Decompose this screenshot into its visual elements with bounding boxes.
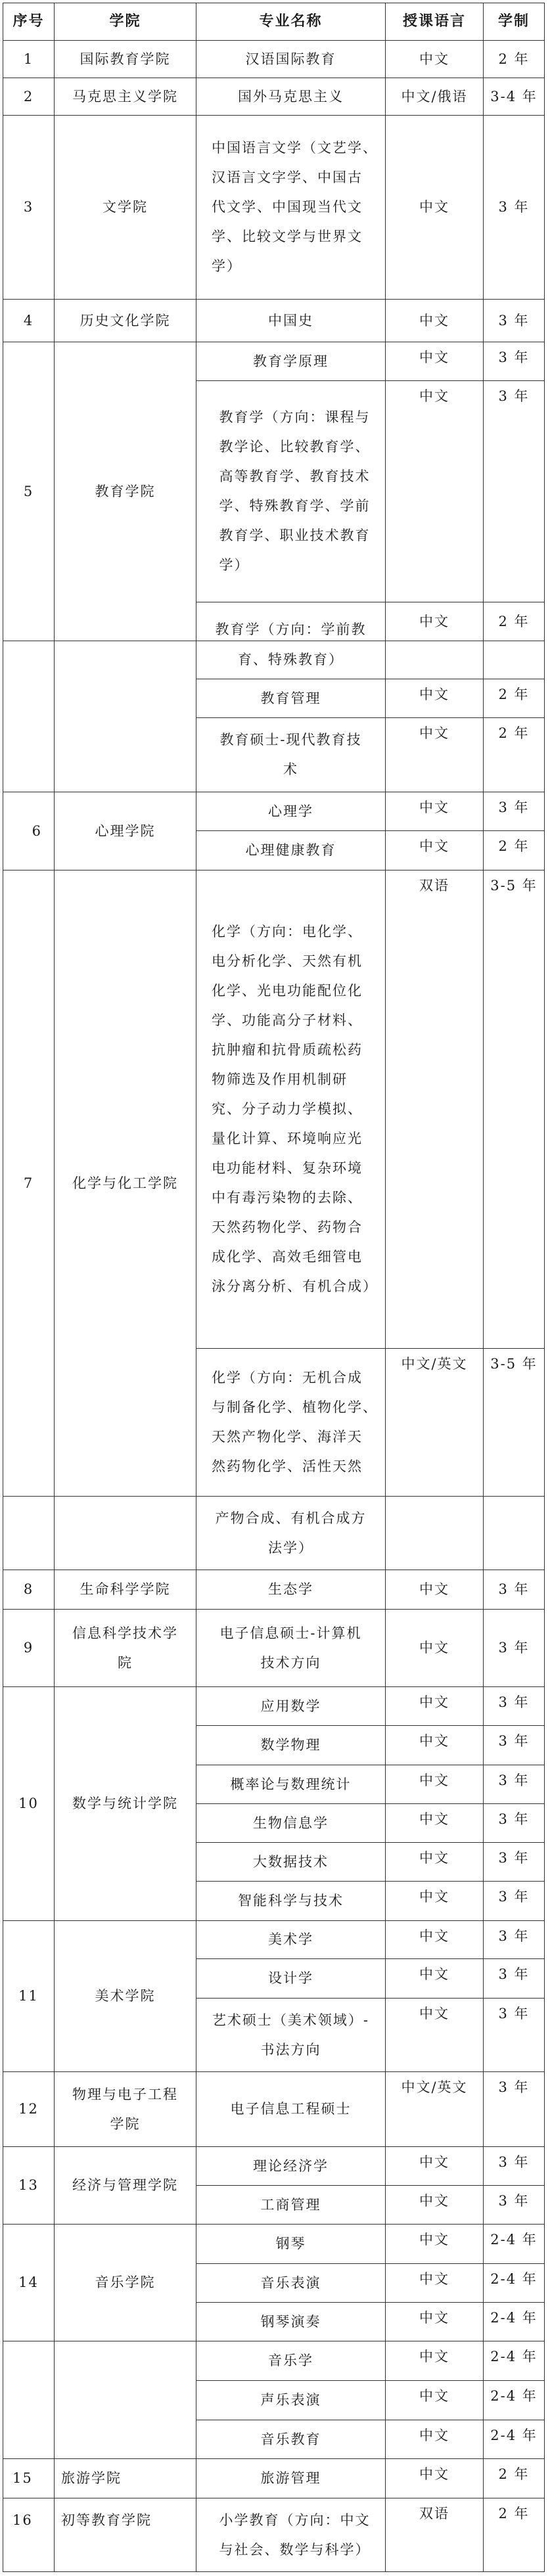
language: 中文/俄语 (401, 89, 467, 104)
row-5-cont-no (3, 641, 55, 792)
row-14-no: 14 (3, 2224, 55, 2341)
row-7b-cont-language (385, 1496, 484, 1570)
major-name: 旅游管理 (261, 2471, 321, 2485)
row-10f-language: 中文 (385, 1881, 484, 1921)
row-5c-language: 中文 (385, 602, 484, 641)
row-number: 15 (12, 2471, 33, 2485)
duration: 3 年 (498, 1889, 529, 1904)
college-name: 物理与电子工程 学院 (72, 2080, 178, 2139)
language: 中文 (419, 2428, 449, 2443)
row-14b-major: 音乐表演 (196, 2263, 386, 2303)
duration: 2-4 年 (490, 2232, 538, 2247)
duration: 2 年 (498, 2467, 529, 2481)
row-14e-duration: 2-4 年 (483, 2380, 545, 2420)
language: 中文/英文 (401, 1357, 467, 1371)
major-name: 中国史 (268, 313, 313, 328)
college-name: 旅游学院 (61, 2471, 122, 2485)
row-7b-language: 中文/英文 (385, 1348, 484, 1497)
row-10-no: 10 (3, 1686, 55, 1921)
language: 中文 (419, 1929, 449, 1943)
row-14c-major: 钢琴演奏 (196, 2302, 386, 2341)
major-name: 教育硕士-现代教育技 术 (219, 725, 361, 784)
row-13a-major: 理论经济学 (196, 2146, 386, 2186)
row-11c-duration: 3 年 (483, 1998, 545, 2072)
row-12-major: 电子信息工程硕士 (196, 2071, 386, 2147)
language: 中文 (419, 200, 449, 214)
row-14-college: 音乐学院 (54, 2224, 196, 2341)
row-6b-language: 中文 (385, 830, 484, 870)
language: 中文 (419, 1967, 449, 1981)
row-1-major: 汉语国际教育 (196, 40, 386, 78)
duration: 3 年 (498, 1929, 529, 1943)
row-5b-major: 教育学（方向：课程与 教学论、比较教育学、 高等教育学、教育技术 学、特殊教育学… (196, 380, 386, 602)
row-16-major: 小学教育（方向：中文 与社会、数学与科学） (196, 2498, 386, 2572)
major-name: 小学教育（方向：中文 与社会、数学与科学） (219, 2506, 371, 2565)
major-name: 大数据技术 (253, 1855, 329, 1869)
row-3-major: 中国语言文学（文艺学、 汉语言文字学、中国古 代文学、中国现当代文 学、比较文学… (196, 115, 386, 300)
row-number: 12 (18, 2102, 39, 2116)
language: 中文 (419, 1695, 449, 1709)
row-number: 1 (24, 52, 34, 66)
row-9-language: 中文 (385, 1609, 484, 1687)
college-name: 信息科学技术学 院 (72, 1619, 178, 1678)
header-no: 序号 (3, 3, 55, 41)
row-15-duration: 2 年 (483, 2458, 545, 2498)
header-major: 专业名称 (196, 3, 386, 41)
duration: 3 年 (498, 350, 529, 365)
row-9-duration: 3 年 (483, 1609, 545, 1687)
row-5c-major: 教育学（方向：学前教 (196, 602, 386, 641)
row-14f-duration: 2-4 年 (483, 2420, 545, 2459)
row-7a-language: 双语 (385, 870, 484, 1349)
row-3-language: 中文 (385, 115, 484, 300)
duration: 2-4 年 (490, 2272, 538, 2286)
language: 中文 (419, 2155, 449, 2169)
row-10c-duration: 3 年 (483, 1765, 545, 1804)
row-12-college: 物理与电子工程 学院 (54, 2071, 196, 2147)
language: 中文 (419, 2311, 449, 2325)
row-7b-cont-duration (483, 1496, 545, 1570)
row-5b-language: 中文 (385, 380, 484, 602)
row-6b-major: 心理健康教育 (196, 830, 386, 870)
row-5e-major: 教育硕士-现代教育技 术 (196, 717, 386, 792)
language: 中文 (419, 1582, 449, 1596)
row-14b-language: 中文 (385, 2263, 484, 2303)
row-10e-duration: 3 年 (483, 1842, 545, 1882)
row-14a-major: 钢琴 (196, 2224, 386, 2264)
major-name: 心理学 (268, 804, 313, 819)
row-9-no: 9 (3, 1609, 55, 1687)
row-number: 4 (24, 313, 34, 328)
major-name: 化学（方向：无机合成 与制备化学、植物化学、 天然产物化学、海洋天 然药物化学、… (212, 1363, 378, 1481)
college-name: 教育学院 (95, 484, 156, 499)
row-6-college: 心理学院 (54, 792, 196, 870)
major-name: 汉语国际教育 (246, 52, 336, 66)
row-13b-language: 中文 (385, 2185, 484, 2225)
row-number: 7 (24, 1176, 34, 1190)
row-10d-duration: 3 年 (483, 1803, 545, 1843)
row-11c-major: 艺术硕士（美术领域）- 书法方向 (196, 1998, 386, 2072)
row-2-no: 2 (3, 78, 55, 116)
row-11a-language: 中文 (385, 1920, 484, 1959)
header-duration-label: 学制 (498, 14, 530, 29)
language: 中文 (419, 2349, 449, 2364)
major-name: 电子信息硕士-计算机 技术方向 (219, 1619, 361, 1678)
row-1-language: 中文 (385, 40, 484, 78)
row-10f-duration: 3 年 (483, 1881, 545, 1921)
language: 中文 (419, 313, 449, 328)
college-name: 化学与化工学院 (72, 1176, 178, 1190)
header-college: 学院 (54, 3, 196, 41)
row-6a-duration: 3 年 (483, 792, 545, 831)
duration: 3 年 (498, 1812, 529, 1826)
row-3-college: 文学院 (54, 115, 196, 300)
row-9-major: 电子信息硕士-计算机 技术方向 (196, 1609, 386, 1687)
duration: 3 年 (498, 1967, 529, 1981)
major-name: 概率论与数理统计 (231, 1777, 352, 1792)
row-number: 11 (18, 1989, 39, 2003)
row-13-no: 13 (3, 2146, 55, 2225)
major-name: 数学物理 (261, 1738, 321, 1752)
row-11a-major: 美术学 (196, 1920, 386, 1959)
duration: 3 年 (498, 389, 529, 403)
row-12-no: 12 (3, 2071, 55, 2147)
major-name: 应用数学 (261, 1699, 321, 1713)
college-name: 心理学院 (95, 824, 156, 838)
row-11b-major: 设计学 (196, 1958, 386, 1999)
language: 中文 (419, 350, 449, 365)
duration: 3 年 (498, 1734, 529, 1748)
row-10-college: 数学与统计学院 (54, 1686, 196, 1921)
row-5b-duration: 3 年 (483, 380, 545, 602)
language: 中文 (419, 2389, 449, 2403)
college-name: 历史文化学院 (80, 313, 171, 328)
language: 中文 (419, 726, 449, 740)
row-15-no: 15 (3, 2458, 55, 2498)
college-name: 马克思主义学院 (72, 89, 178, 104)
major-name: 生物信息学 (253, 1816, 329, 1830)
row-10e-language: 中文 (385, 1842, 484, 1882)
row-14e-major: 声乐表演 (196, 2380, 386, 2420)
language: 中文 (419, 614, 449, 629)
row-13b-major: 工商管理 (196, 2185, 386, 2225)
row-7-cont-college (54, 1496, 196, 1570)
row-14-cont-no (3, 2341, 55, 2459)
language: 中文 (419, 52, 449, 66)
row-14d-language: 中文 (385, 2341, 484, 2381)
row-2-college: 马克思主义学院 (54, 78, 196, 116)
row-8-no: 8 (3, 1570, 55, 1610)
duration: 3 年 (498, 313, 529, 328)
row-16-no: 16 (3, 2498, 55, 2572)
major-name: 教育学原理 (253, 354, 329, 369)
college-name: 生命科学学院 (80, 1582, 171, 1596)
row-14a-language: 中文 (385, 2224, 484, 2264)
duration: 2 年 (498, 52, 529, 66)
header-major-label: 专业名称 (259, 14, 322, 29)
language: 中文 (419, 687, 449, 702)
row-number: 9 (24, 1640, 34, 1655)
major-name: 钢琴演奏 (261, 2315, 321, 2329)
row-1-no: 1 (3, 40, 55, 78)
language: 中文 (419, 2006, 449, 2021)
duration: 3 年 (498, 1695, 529, 1709)
row-10c-language: 中文 (385, 1765, 484, 1804)
row-14a-duration: 2-4 年 (483, 2224, 545, 2264)
major-name: 化学（方向：电化学、 电分析化学、天然有机 化学、光电功能配位化 学、功能高分子… (212, 917, 378, 1301)
duration: 3 年 (498, 1851, 529, 1865)
major-name: 音乐表演 (261, 2276, 321, 2290)
row-10c-major: 概率论与数理统计 (196, 1765, 386, 1804)
duration: 2 年 (498, 2506, 529, 2521)
header-language-label: 授课语言 (403, 14, 466, 29)
row-number: 6 (32, 824, 42, 838)
row-10d-major: 生物信息学 (196, 1803, 386, 1843)
language: 中文 (419, 1773, 449, 1788)
row-8-college: 生命科学学院 (54, 1570, 196, 1610)
college-name: 文学院 (103, 200, 148, 214)
row-14d-major: 音乐学 (196, 2341, 386, 2381)
major-name: 钢琴 (276, 2236, 306, 2251)
duration: 2 年 (498, 839, 529, 853)
row-number: 16 (12, 2513, 33, 2527)
duration: 3-5 年 (490, 1357, 538, 1371)
row-5e-language: 中文 (385, 717, 484, 792)
row-4-language: 中文 (385, 299, 484, 342)
row-5c-cont-language (385, 641, 484, 679)
major-name: 音乐学 (268, 2353, 313, 2368)
college-name: 初等教育学院 (61, 2513, 152, 2527)
row-10a-duration: 3 年 (483, 1686, 545, 1726)
row-number: 5 (24, 484, 34, 499)
duration: 3-4 年 (490, 89, 538, 104)
row-10d-language: 中文 (385, 1803, 484, 1843)
row-11b-duration: 3 年 (483, 1958, 545, 1999)
major-name: 美术学 (268, 1932, 313, 1947)
duration: 3 年 (498, 200, 529, 214)
language: 中文/英文 (401, 2080, 467, 2094)
row-11c-language: 中文 (385, 1998, 484, 2072)
row-5a-major: 教育学原理 (196, 342, 386, 381)
language: 中文 (419, 1734, 449, 1748)
major-name: 教育管理 (261, 691, 321, 706)
row-16-college: 初等教育学院 (54, 2498, 196, 2572)
row-number: 13 (18, 2178, 39, 2192)
row-5a-language: 中文 (385, 342, 484, 381)
major-name: 设计学 (268, 1971, 313, 1985)
row-5c-cont-duration (483, 641, 545, 679)
major-name: 心理健康教育 (246, 843, 336, 857)
row-14b-duration: 2-4 年 (483, 2263, 545, 2303)
duration: 2-4 年 (490, 2428, 538, 2443)
row-6a-major: 心理学 (196, 792, 386, 831)
row-11a-duration: 3 年 (483, 1920, 545, 1959)
language: 双语 (419, 2506, 449, 2521)
row-14c-language: 中文 (385, 2302, 484, 2341)
row-number: 10 (18, 1796, 39, 1811)
row-5-no: 5 (3, 342, 55, 641)
row-2-major: 国外马克思主义 (196, 78, 386, 116)
duration: 2 年 (498, 687, 529, 702)
row-6-no: 6 (3, 792, 55, 870)
row-5d-language: 中文 (385, 679, 484, 718)
major-name: 声乐表演 (261, 2393, 321, 2407)
row-10b-duration: 3 年 (483, 1725, 545, 1765)
row-15-college: 旅游学院 (54, 2458, 196, 2498)
language: 中文 (419, 2467, 449, 2481)
duration: 3 年 (498, 800, 529, 815)
duration: 3 年 (498, 2155, 529, 2169)
college-name: 数学与统计学院 (72, 1796, 178, 1811)
row-3-no: 3 (3, 115, 55, 300)
row-13b-duration: 3 年 (483, 2185, 545, 2225)
language: 中文 (419, 2232, 449, 2247)
row-2-language: 中文/俄语 (385, 78, 484, 116)
college-name: 国际教育学院 (80, 52, 171, 66)
language: 中文 (419, 1889, 449, 1904)
row-6a-language: 中文 (385, 792, 484, 831)
row-12-language: 中文/英文 (385, 2071, 484, 2147)
major-name: 中国语言文学（文艺学、 汉语言文字学、中国古 代文学、中国现当代文 学、比较文学… (212, 133, 378, 281)
language: 中文 (419, 1812, 449, 1826)
row-10a-major: 应用数学 (196, 1686, 386, 1726)
duration: 3 年 (498, 1773, 529, 1788)
row-12-duration: 3 年 (483, 2071, 545, 2147)
major-name: 智能科学与技术 (238, 1893, 344, 1908)
header-no-label: 序号 (12, 14, 44, 29)
row-number: 2 (24, 89, 34, 104)
row-13a-language: 中文 (385, 2146, 484, 2186)
row-7-cont-no (3, 1496, 55, 1570)
row-7-no: 7 (3, 870, 55, 1497)
row-14f-language: 中文 (385, 2420, 484, 2459)
row-10a-language: 中文 (385, 1686, 484, 1726)
language: 中文 (419, 1851, 449, 1865)
major-name: 电子信息工程硕士 (231, 2102, 352, 2116)
duration: 3 年 (498, 2080, 529, 2094)
row-14d-duration: 2-4 年 (483, 2341, 545, 2381)
row-16-duration: 2 年 (483, 2498, 545, 2572)
language: 中文 (419, 2272, 449, 2286)
row-15-major: 旅游管理 (196, 2458, 386, 2498)
row-5d-major: 教育管理 (196, 679, 386, 718)
major-name: 教育学（方向：学前教 (216, 622, 367, 637)
row-7a-major: 化学（方向：电化学、 电分析化学、天然有机 化学、光电功能配位化 学、功能高分子… (196, 870, 386, 1349)
row-10f-major: 智能科学与技术 (196, 1881, 386, 1921)
row-15-language: 中文 (385, 2458, 484, 2498)
row-14e-language: 中文 (385, 2380, 484, 2420)
major-name: 生态学 (268, 1582, 313, 1596)
row-13-college: 经济与管理学院 (54, 2146, 196, 2225)
row-9-college: 信息科学技术学 院 (54, 1609, 196, 1687)
row-number: 8 (24, 1582, 34, 1596)
major-name: 理论经济学 (253, 2159, 329, 2173)
row-8-major: 生态学 (196, 1570, 386, 1610)
major-name: 教育学（方向：课程与 教学论、比较教育学、 高等教育学、教育技术 学、特殊教育学… (219, 403, 371, 580)
language: 中文 (419, 839, 449, 853)
row-5d-duration: 2 年 (483, 679, 545, 718)
row-number: 14 (18, 2275, 39, 2290)
college-name: 音乐学院 (95, 2275, 156, 2290)
row-1-duration: 2 年 (483, 40, 545, 78)
row-7b-duration: 3-5 年 (483, 1348, 545, 1497)
row-1-college: 国际教育学院 (54, 40, 196, 78)
header-language: 授课语言 (385, 3, 484, 41)
duration: 3 年 (498, 1582, 529, 1596)
duration: 3 年 (498, 2194, 529, 2208)
row-14-cont-college (54, 2341, 196, 2459)
college-name: 经济与管理学院 (72, 2178, 178, 2192)
row-4-college: 历史文化学院 (54, 299, 196, 342)
row-6b-duration: 2 年 (483, 830, 545, 870)
language: 中文 (419, 800, 449, 815)
duration: 3 年 (498, 1640, 529, 1655)
duration: 2 年 (498, 726, 529, 740)
header-college-label: 学院 (109, 14, 141, 29)
majors-table: 序号 学院 专业名称 授课语言 学制 1 国际教育学院 汉语国际教育 中文 2 … (0, 0, 550, 2576)
row-8-duration: 3 年 (483, 1570, 545, 1610)
major-name: 工商管理 (261, 2198, 321, 2212)
college-name: 美术学院 (95, 1989, 156, 2003)
row-4-major: 中国史 (196, 299, 386, 342)
major-name: 国外马克思主义 (238, 89, 344, 104)
duration: 2-4 年 (490, 2311, 538, 2325)
duration: 3-5 年 (490, 878, 538, 893)
major-name: 音乐教育 (261, 2432, 321, 2447)
major-name-continued: 产物合成、有机合成方 法学） (216, 1504, 367, 1563)
row-5a-duration: 3 年 (483, 342, 545, 381)
row-14c-duration: 2-4 年 (483, 2302, 545, 2341)
row-3-duration: 3 年 (483, 115, 545, 300)
language: 中文 (419, 1640, 449, 1655)
language: 双语 (419, 878, 449, 893)
duration: 3 年 (498, 2006, 529, 2021)
row-5c-duration: 2 年 (483, 602, 545, 641)
row-11b-language: 中文 (385, 1958, 484, 1999)
row-8-language: 中文 (385, 1570, 484, 1610)
row-11-college: 美术学院 (54, 1920, 196, 2072)
row-10b-language: 中文 (385, 1725, 484, 1765)
duration: 2-4 年 (490, 2349, 538, 2364)
header-duration: 学制 (483, 3, 545, 41)
row-10e-major: 大数据技术 (196, 1842, 386, 1882)
row-7-college: 化学与化工学院 (54, 870, 196, 1497)
language: 中文 (419, 389, 449, 403)
row-4-duration: 3 年 (483, 299, 545, 342)
row-7b-cont-major: 产物合成、有机合成方 法学） (196, 1496, 386, 1570)
row-10b-major: 数学物理 (196, 1725, 386, 1765)
duration: 2-4 年 (490, 2389, 538, 2403)
row-5-cont-college (54, 641, 196, 792)
row-11-no: 11 (3, 1920, 55, 2072)
row-14f-major: 音乐教育 (196, 2420, 386, 2459)
language: 中文 (419, 2194, 449, 2208)
row-16-language: 双语 (385, 2498, 484, 2572)
row-7b-major: 化学（方向：无机合成 与制备化学、植物化学、 天然产物化学、海洋天 然药物化学、… (196, 1348, 386, 1497)
row-5e-duration: 2 年 (483, 717, 545, 792)
major-name-continued: 育、特殊教育） (238, 652, 344, 667)
row-5-college: 教育学院 (54, 342, 196, 641)
row-5c-cont-major: 育、特殊教育） (196, 641, 386, 679)
row-4-no: 4 (3, 299, 55, 342)
row-2-duration: 3-4 年 (483, 78, 545, 116)
major-name: 艺术硕士（美术领域）- 书法方向 (212, 2006, 369, 2065)
row-number: 3 (24, 200, 34, 214)
row-13a-duration: 3 年 (483, 2146, 545, 2186)
duration: 2 年 (498, 614, 529, 629)
row-7a-duration: 3-5 年 (483, 870, 545, 1349)
